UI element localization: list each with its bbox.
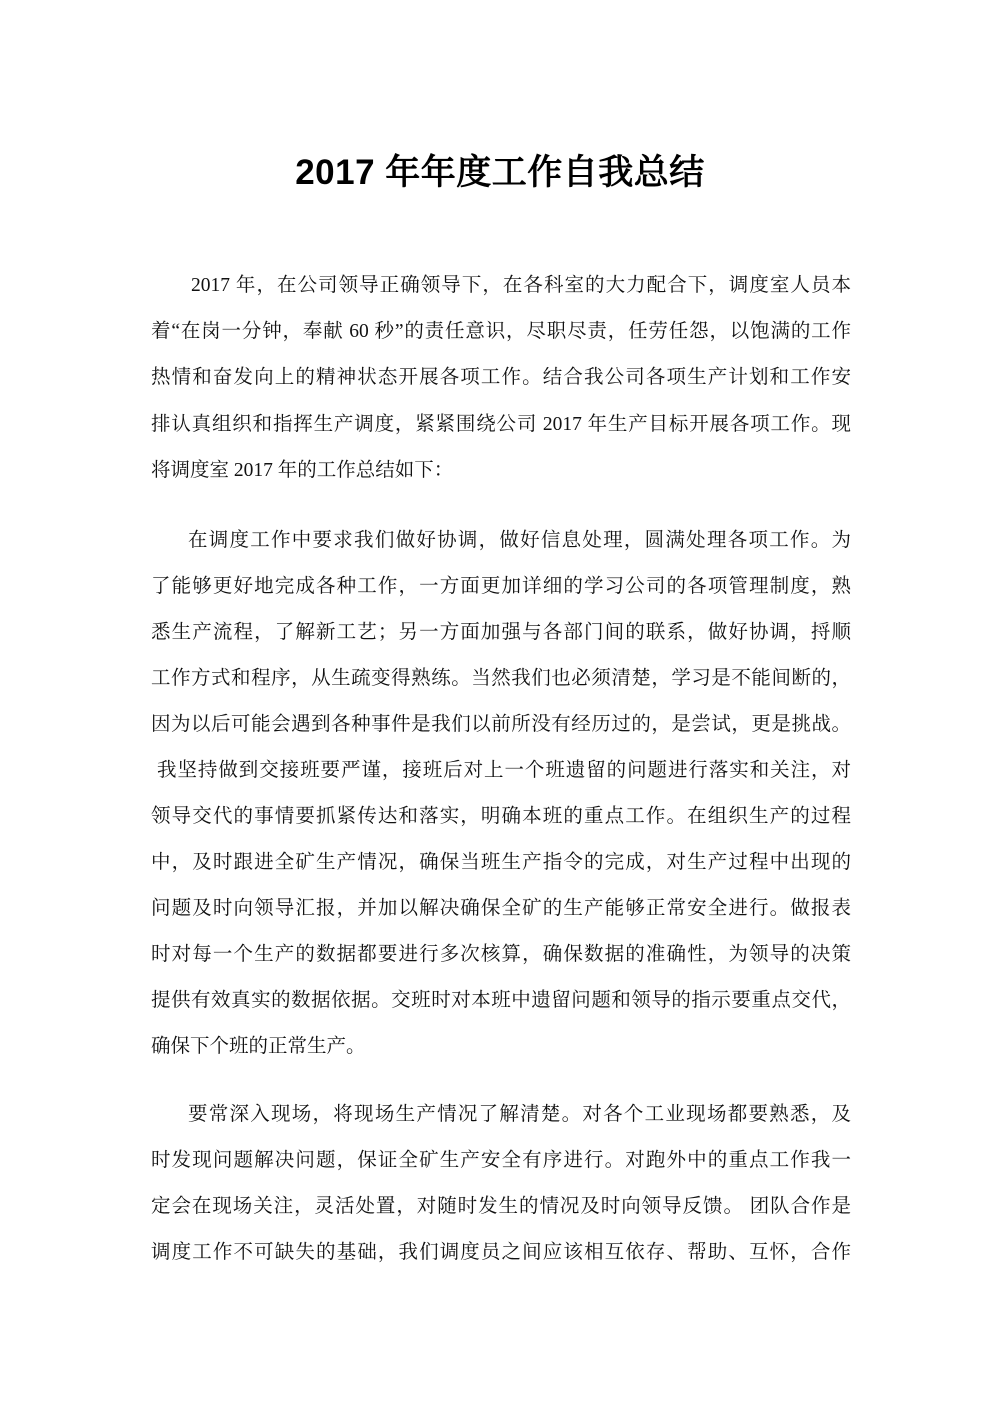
text-line: 2017 年，在公司领导正确领导下，在各科室的大力配合下，调度室人员本 xyxy=(191,271,851,301)
text-line: 在调度工作中要求我们做好协调，做好信息处理，圆满处理各项工作。为 xyxy=(188,526,851,556)
text-line: 问题及时向领导汇报，并加以解决确保全矿的生产能够正常安全进行。做报表 xyxy=(151,894,851,924)
text-line: 着“在岗一分钟，奉献 60 秒”的责任意识，尽职尽责，任劳任怨，以饱满的工作 xyxy=(151,317,851,347)
text-line: 要常深入现场，将现场生产情况了解清楚。对各个工业现场都要熟悉，及 xyxy=(188,1100,851,1130)
text-line: 工作方式和程序，从生疏变得熟练。当然我们也必须清楚，学习是不能间断的， xyxy=(151,664,851,694)
text-line: 将调度室 2017 年的工作总结如下： xyxy=(151,456,851,486)
text-line: 确保下个班的正常生产。 xyxy=(151,1032,851,1062)
text-line: 中，及时跟进全矿生产情况，确保当班生产指令的完成，对生产过程中出现的 xyxy=(151,848,851,878)
text-line: 了能够更好地完成各种工作，一方面更加详细的学习公司的各项管理制度，熟 xyxy=(151,572,851,602)
text-line: 提供有效真实的数据依据。交班时对本班中遗留问题和领导的指示要重点交代， xyxy=(151,986,851,1016)
text-line: 调度工作不可缺失的基础，我们调度员之间应该相互依存、帮助、互怀，合作 xyxy=(151,1238,851,1268)
text-line: 因为以后可能会遇到各种事件是我们以前所没有经历过的，是尝试，更是挑战。 xyxy=(151,710,851,740)
text-line: 我坚持做到交接班要严谨，接班后对上一个班遗留的问题进行落实和关注，对 xyxy=(157,756,851,786)
text-line: 时发现问题解决问题，保证全矿生产安全有序进行。对跑外中的重点工作我一 xyxy=(151,1146,851,1176)
text-line: 排认真组织和指挥生产调度，紧紧围绕公司 2017 年生产目标开展各项工作。现 xyxy=(151,410,851,440)
text-line: 悉生产流程，了解新工艺；另一方面加强与各部门间的联系，做好协调，捋顺 xyxy=(151,618,851,648)
text-line: 时对每一个生产的数据都要进行多次核算，确保数据的准确性，为领导的决策 xyxy=(151,940,851,970)
document-page: 2017 年年度工作自我总结 2017 年，在公司领导正确领导下，在各科室的大力… xyxy=(0,0,1000,1415)
text-line: 领导交代的事情要抓紧传达和落实，明确本班的重点工作。在组织生产的过程 xyxy=(151,802,851,832)
text-line: 定会在现场关注，灵活处置，对随时发生的情况及时向领导反馈。 团队合作是 xyxy=(151,1192,851,1222)
text-line: 热情和奋发向上的精神状态开展各项工作。结合我公司各项生产计划和工作安 xyxy=(151,363,851,393)
document-title: 2017 年年度工作自我总结 xyxy=(0,148,1000,198)
